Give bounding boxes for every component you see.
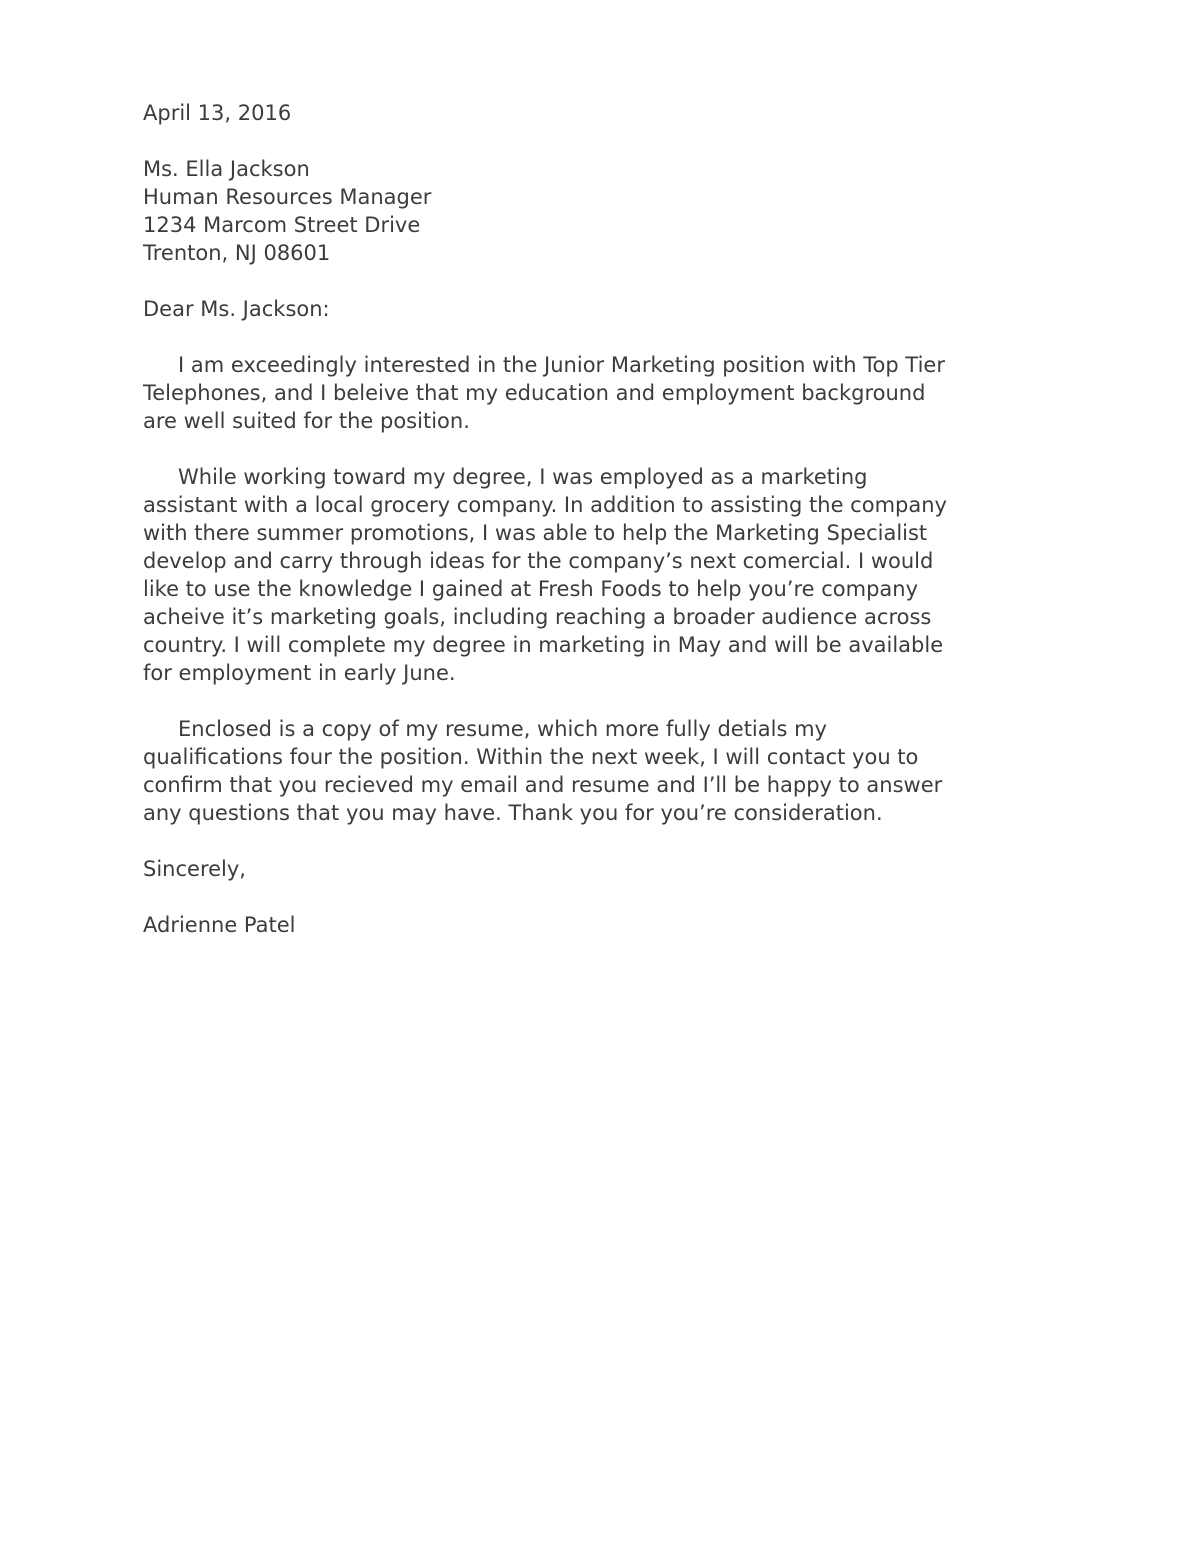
body-paragraph-2: While working toward my degree, I was em… [143, 463, 1145, 687]
recipient-address-block: Ms. Ella Jackson Human Resources Manager… [143, 155, 1145, 267]
salutation: Dear Ms. Jackson: [143, 295, 1145, 323]
letter-document: April 13, 2016 Ms. Ella Jackson Human Re… [0, 0, 1200, 1553]
closing: Sincerely, [143, 855, 1145, 883]
body-paragraph-3: Enclosed is a copy of my resume, which m… [143, 715, 1145, 827]
date-line: April 13, 2016 [143, 99, 1145, 127]
body-paragraph-1: I am exceedingly interested in the Junio… [143, 351, 1145, 435]
signature: Adrienne Patel [143, 911, 1145, 939]
